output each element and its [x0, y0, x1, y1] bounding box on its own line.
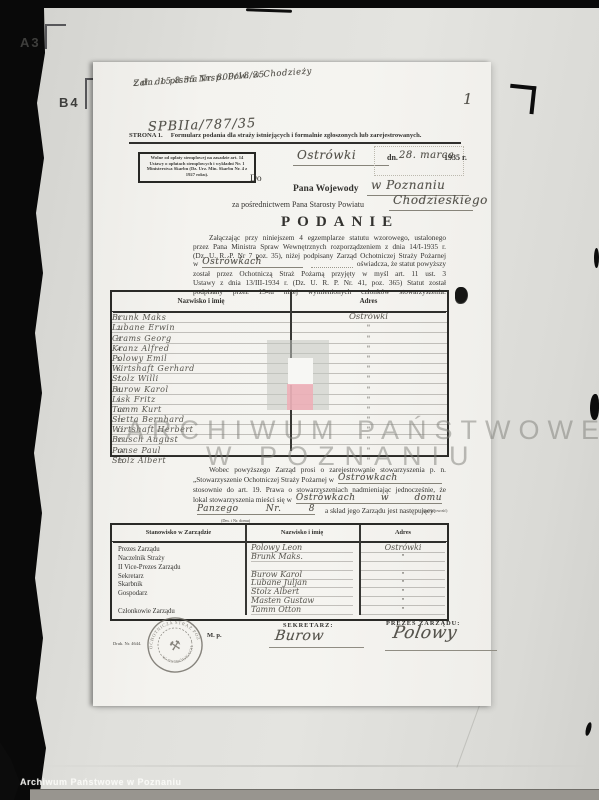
fire-brigade-stamp: OCHOTNICZA STRAŻ POŻARNA W OSTRÓWKACH ⚒: [143, 613, 207, 677]
secretary-signature: Burow: [274, 628, 325, 644]
board-name: Brunk Maks.: [251, 552, 353, 562]
member-name: Grams Georg: [112, 334, 172, 343]
paragraph2-prefix: „Stowarzyszenie Ochotniczej Straży Pożar…: [193, 475, 334, 484]
member-name: Burow Karol: [112, 385, 169, 394]
col-header-position: Stanowisko w Zarządzie: [112, 529, 245, 536]
print-number: Druk. Nr. 4644.: [113, 641, 141, 646]
film-blemish: [594, 248, 599, 268]
board-position: Gospodarz: [112, 590, 245, 597]
addressee-field: w Poznaniu: [371, 178, 445, 192]
board-address: ": [361, 579, 445, 588]
frame-label-b4: B4: [59, 95, 80, 110]
board-row: Naczelnik StrażyBrunk Maks.": [112, 553, 447, 562]
film-blemish: [0, 742, 20, 800]
board-position: Skarbnik: [112, 581, 245, 588]
board-table-rows: Prezes ZarząduPolowy LeonOstrówkiNaczeln…: [112, 544, 447, 615]
members-table-header: Nazwisko i imię Adres: [112, 292, 447, 312]
board-address: ": [361, 553, 445, 562]
paragraph2-suffix: a skład jego Zarządu jest następujący:: [325, 506, 436, 515]
premises-field: Ostrówkach w domu: [296, 494, 442, 504]
bottom-strip: [30, 789, 599, 800]
via-printed: za pośrednictwem Pana Starosty Powiatu: [232, 200, 364, 209]
crop-mark-top-right: [508, 84, 537, 115]
film-blemish: [590, 394, 599, 420]
archive-logo-pink-block: [287, 384, 313, 410]
member-name: Wirtshaft Gerhard: [112, 364, 195, 373]
note-line-2: z dn. 15.8.35 Nr. 800/18/35: [133, 70, 265, 89]
member-name: Stolz Albert: [112, 456, 166, 465]
member-name: Lisk Fritz: [112, 395, 156, 404]
board-address: ": [361, 597, 445, 606]
to-label: Do: [250, 174, 262, 184]
board-position: Prezes Zarządu: [112, 546, 245, 553]
col-header-name: Nazwisko i imię: [112, 297, 290, 305]
paragraph2-line: lokal stowarzyszenia mieści się w Ostrów…: [193, 494, 446, 504]
date-prefix: dn.: [387, 153, 398, 162]
statute-place-field: Ostrówkach: [202, 258, 303, 268]
strona-text: Formularz podania dla straży istniejącyc…: [171, 132, 422, 139]
paper-crease: [36, 765, 596, 767]
member-name: Panse Paul: [112, 446, 161, 455]
archive-logo-white-block: [288, 358, 313, 385]
form-header-line: STRONA 1.Formularz podania dla straży is…: [129, 132, 461, 139]
member-row: 1.Brunk MaksOstrówki: [112, 313, 447, 323]
board-table: Stanowisko w Zarządzie Nazwisko i imię A…: [110, 523, 449, 621]
col-header-name: Nazwisko i imię: [245, 529, 359, 536]
member-name: Tamm Kurt: [112, 405, 162, 414]
board-address: ": [361, 606, 445, 615]
member-name: Stolz Willi: [112, 374, 159, 383]
member-name: Brunk Maks: [112, 313, 166, 322]
paragraph1-suffix: oświadcza, że statut powyższy: [357, 259, 446, 268]
paragraph1-line: w Ostrówkach oświadcza, że statut powyżs…: [193, 258, 446, 268]
member-name: Polowy Emil: [112, 354, 167, 363]
place-note: (miejscowość): [423, 508, 447, 513]
stamp-exemption-box: Wolne od opłaty stemplowej na zasadzie a…: [138, 152, 256, 183]
via-field: Chodzieskiego: [393, 193, 488, 207]
stamp-emblem-icon: ⚒: [168, 637, 183, 654]
paragraph1-line: przez Pana Ministra Spraw Wewnętrznych r…: [193, 242, 446, 251]
assoc-place-field: Ostrówkach: [338, 474, 442, 484]
board-position: Sekretarz: [112, 573, 245, 580]
board-address: ": [361, 588, 445, 597]
paragraph1-prefix: w: [193, 259, 198, 268]
house-number-field: Panzego Nr. 8: [197, 505, 315, 515]
board-position: Naczelnik Straży: [112, 555, 245, 562]
mp-label: M. p.: [207, 632, 222, 639]
president-signature: Polowy: [391, 623, 458, 643]
member-address: Ostrówki: [290, 312, 447, 322]
paragraph2-prefix2: lokal stowarzyszenia mieści się w: [193, 495, 292, 504]
board-address: ": [361, 571, 445, 580]
paragraph1-line: został przez Ochotniczą Straż Pożarną pr…: [193, 269, 446, 278]
dotted-fill: [311, 267, 352, 268]
member-name: Lubane Erwin: [112, 323, 175, 332]
paragraph1-line: Załączając przy niniejszem 4 egzemplarze…: [193, 233, 446, 242]
board-table-header: Stanowisko w Zarządzie Nazwisko i imię A…: [112, 525, 447, 542]
col-header-address: Adres: [359, 529, 447, 536]
member-name: Kranz Alfred: [112, 344, 169, 353]
paragraph2-line: Panzego Nr. 8 a skład jego Zarządu jest …: [193, 505, 446, 515]
strona-label: STRONA 1.: [129, 132, 163, 139]
date-year: 1935 r.: [444, 153, 467, 162]
via-underline: [389, 210, 473, 211]
addressee-printed: Pana Wojewody: [293, 184, 359, 194]
archive-watermark-line2: W POZNANIU: [206, 441, 479, 472]
page-number: 1: [463, 90, 473, 108]
paragraph1-line: Ustawy z dnia 13/III-1934 r. (Dz. U. R. …: [193, 278, 446, 287]
president-underline: [385, 650, 497, 651]
crop-mark-a3: [45, 24, 66, 49]
paragraph2-line: „Stowarzyszenie Ochotniczej Straży Pożar…: [193, 474, 446, 484]
document-title: PODANIE: [281, 214, 399, 231]
col-header-address: Adres: [290, 297, 447, 305]
board-position: II Vice-Prezes Zarządu: [112, 564, 245, 571]
secretary-underline: [269, 647, 364, 648]
bottom-strip-watermark: Archiwum Państwowe w Poznaniu: [20, 777, 182, 787]
member-address: ": [290, 324, 447, 332]
member-row: 2.Lubane Erwin": [112, 323, 447, 333]
board-address: Ostrówki: [361, 543, 445, 553]
board-name: Tamm Otton: [251, 605, 353, 615]
frame-label-a3: A3: [20, 35, 41, 50]
header-rule: [129, 142, 461, 144]
